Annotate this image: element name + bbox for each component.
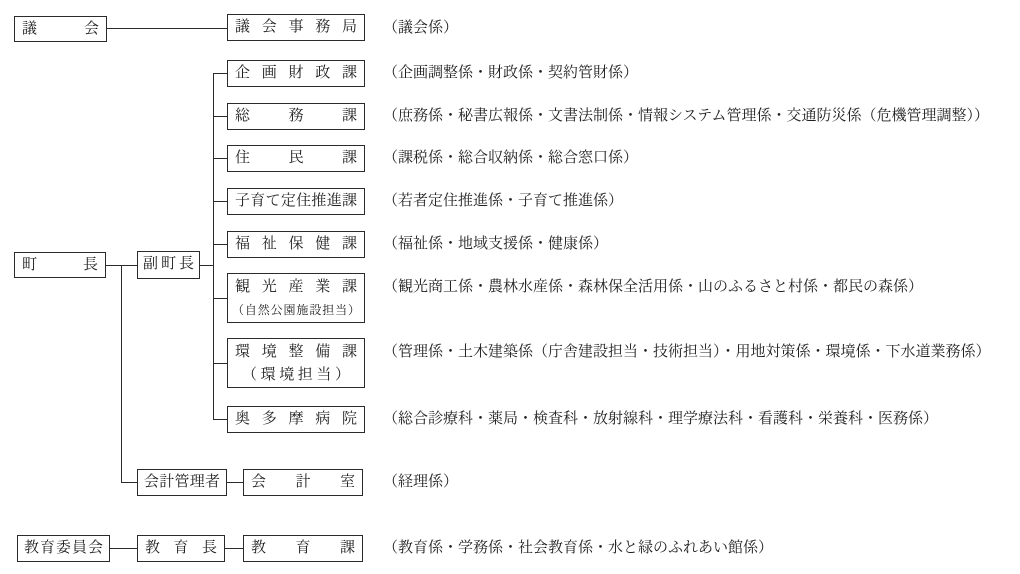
connector-line	[213, 244, 227, 245]
department-detail: （課税係・総合収納係・総合窓口係）	[383, 148, 638, 168]
accounting-manager-box: 会計管理者	[137, 469, 227, 496]
department-label: 環境整備課	[228, 339, 364, 365]
council-office-label: 議会事務局	[228, 15, 364, 39]
mayor-to-accounting-line	[121, 265, 122, 483]
connector-line	[213, 73, 227, 74]
mayor-label: 町長	[15, 253, 105, 277]
connector-deputy-to-trunk	[200, 265, 213, 266]
education-board-label: 教育委員会	[18, 536, 109, 560]
connector-line	[213, 116, 227, 117]
accounting-manager-label: 会計管理者	[138, 470, 226, 494]
education-superintendent-label: 教育長	[138, 536, 224, 560]
education-detail: （教育係・学務係・社会教育係・水と緑のふれあい館係）	[383, 538, 773, 558]
connector-manager-to-accounting-office	[227, 482, 243, 483]
department-box-residents: 住民課	[227, 145, 365, 172]
department-detail: （企画調整係・財政係・契約管財係）	[383, 63, 638, 83]
connector-line	[213, 158, 227, 159]
department-detail: （庶務係・秘書広報係・文書法制係・情報システム管理係・交通防災係（危機管理調整）…	[383, 106, 989, 126]
department-box-planning-finance: 企画財政課	[227, 60, 365, 87]
connector-superintendent-to-education-office	[225, 548, 243, 549]
department-trunk-line	[213, 73, 214, 420]
organization-chart: 議会 議会事務局 （議会係） 町長 副町長 企画財政課 （企画調整係・財政係・契…	[0, 0, 1020, 574]
department-label: 奥多摩病院	[228, 407, 364, 431]
department-label: 住民課	[228, 146, 364, 170]
department-label: 子育て定住推進課	[228, 189, 364, 213]
department-label: 総務課	[228, 104, 364, 128]
council-office-box: 議会事務局	[227, 14, 365, 41]
department-label: 企画財政課	[228, 61, 364, 85]
department-label: 福祉保健課	[228, 232, 364, 256]
department-box-welfare-health: 福祉保健課	[227, 231, 365, 258]
council-label: 議会	[15, 17, 106, 41]
department-detail: （総合診療科・薬局・検査科・放射線科・理学療法科・看護科・栄養科・医務係）	[383, 409, 938, 429]
connector-line	[213, 298, 227, 299]
accounting-office-label: 会計室	[244, 470, 362, 494]
department-box-childcare-settlement: 子育て定住推進課	[227, 188, 365, 215]
connector-to-accounting-manager	[121, 482, 137, 483]
education-board-box: 教育委員会	[17, 535, 110, 562]
education-office-box: 教育課	[243, 535, 363, 562]
department-detail: （観光商工係・農林水産係・森林保全活用係・山のふるさと村係・都民の森係）	[383, 277, 923, 297]
education-office-label: 教育課	[244, 536, 362, 560]
department-box-environment-maintenance: 環境整備課 （環境担当）	[227, 338, 365, 388]
connector-line	[213, 419, 227, 420]
connector-line	[213, 201, 227, 202]
department-label: 観光産業課	[228, 274, 364, 300]
mayor-box: 町長	[14, 252, 106, 278]
accounting-detail: （経理係）	[383, 472, 458, 492]
department-detail: （若者定住推進係・子育て推進係）	[383, 191, 623, 211]
accounting-office-box: 会計室	[243, 469, 363, 496]
connector-board-to-superintendent	[110, 548, 137, 549]
connector-council-to-office	[107, 28, 227, 29]
department-box-general-affairs: 総務課	[227, 103, 365, 130]
council-box: 議会	[14, 16, 107, 42]
department-detail: （管理係・土木建築係（庁舎建設担当・技術担当）・用地対策係・環境係・下水道業務係…	[383, 342, 991, 362]
department-sub-label: （自然公園施設担当）	[228, 300, 364, 320]
deputy-mayor-box: 副町長	[137, 251, 200, 279]
department-detail: （福祉係・地域支援係・健康係）	[383, 234, 608, 254]
department-sub-label: （環境担当）	[228, 365, 364, 386]
department-box-tourism-industry: 観光産業課 （自然公園施設担当）	[227, 273, 365, 323]
education-superintendent-box: 教育長	[137, 535, 225, 562]
council-office-detail: （議会係）	[383, 18, 458, 38]
deputy-mayor-label: 副町長	[138, 252, 199, 277]
department-box-okutama-hospital: 奥多摩病院	[227, 406, 365, 433]
connector-line	[213, 363, 227, 364]
